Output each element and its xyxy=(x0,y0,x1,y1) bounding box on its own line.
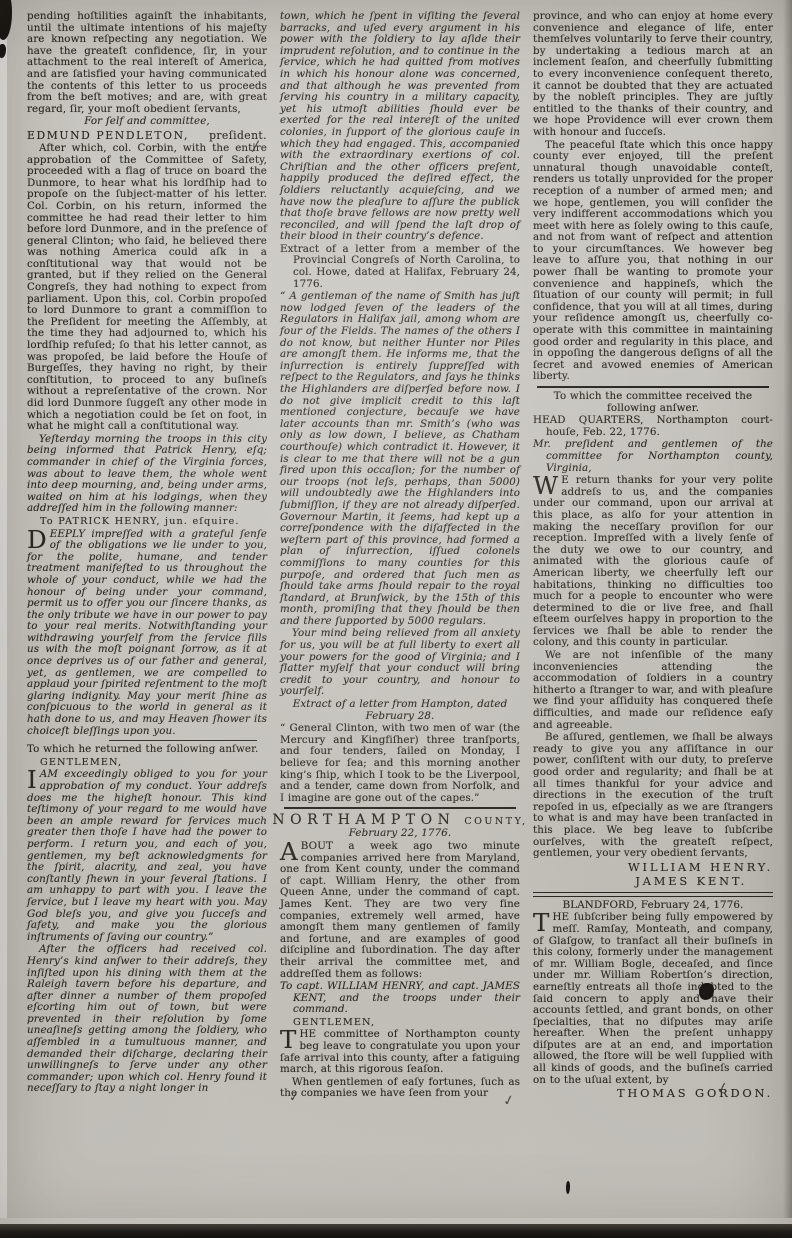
italic-paragraph: After the officers had received col. Hen… xyxy=(27,944,267,1095)
section-rule xyxy=(284,807,517,809)
drop-cap: T xyxy=(533,912,552,933)
paragraph-text: BOUT a week ago two minute companies arr… xyxy=(280,840,520,980)
drop-cap-paragraph: DEEPLY impreſſed with a grateful ſenſe o… xyxy=(27,529,267,738)
scan-bottom-edge xyxy=(0,1224,792,1238)
ink-blot xyxy=(0,0,12,40)
italic-paragraph: “ A gentleman of the name of Smith has j… xyxy=(280,291,520,627)
signature: JAMES KENT. xyxy=(533,875,773,888)
paragraph-text: HE ſubſcriber being fully empowered by m… xyxy=(533,911,773,1085)
paragraph: province, and who can enjoy at home ever… xyxy=(533,11,773,139)
paragraph-text: AM exceedingly obliged to you for your a… xyxy=(27,768,267,942)
drop-cap-paragraph: THE ſubſcriber being fully empowered by … xyxy=(533,912,773,1086)
county-heading-suffix: COUNTY, xyxy=(464,816,527,827)
section-rule xyxy=(533,892,773,897)
salutation: To PATRICK HENRY, jun. eſquire. xyxy=(27,516,267,528)
italic-paragraph: town, which he ſpent in viſiting the ſev… xyxy=(280,11,520,243)
county-heading: NORTHAMPTONCOUNTY, xyxy=(280,812,520,828)
signature: THOMAS GORDON. xyxy=(533,1087,773,1100)
drop-cap: W xyxy=(533,475,561,496)
signature: WILLIAM HENRY. xyxy=(533,861,773,874)
paragraph: HEAD QUARTERS, Northampton court-houſe, … xyxy=(533,415,773,438)
italic-paragraph: Mr. preſident and gentlemen of the commi… xyxy=(533,439,773,474)
drop-cap-paragraph: IAM exceedingly obliged to you for your … xyxy=(27,769,267,943)
italic-paragraph: To capt. WILLIAM HENRY, and capt. JAMES … xyxy=(280,981,520,1016)
paragraph: After which, col. Corbin, with the entir… xyxy=(27,143,267,433)
paragraph-text: HE committee of Northampton county beg l… xyxy=(280,1028,520,1075)
paragraph: When gentlemen of eaſy fortunes, ſuch as… xyxy=(280,1077,520,1100)
salutation: GENTLEMEN, xyxy=(27,757,267,769)
column-1: pending hoſtilities againſt the inhabita… xyxy=(27,11,267,1101)
drop-cap: T xyxy=(280,1029,299,1050)
drop-cap-paragraph: THE committee of Northampton county beg … xyxy=(280,1029,520,1075)
paragraph: To which he returned the following anſwe… xyxy=(27,744,267,756)
dateline: For ſelf and committee, xyxy=(27,116,267,128)
section-rule xyxy=(537,386,770,388)
column-2: town, which he ſpent in viſiting the ſev… xyxy=(280,11,520,1101)
paragraph-text: E return thanks for your very polite add… xyxy=(533,474,773,648)
paragraph: Extract of a letter from a member of the… xyxy=(280,244,520,290)
paragraph: We are not inſenſible of the many inconv… xyxy=(533,650,773,731)
drop-cap-paragraph: WE return thanks for your very polite ad… xyxy=(533,475,773,649)
paragraph: The peaceful ſtate which this once happy… xyxy=(533,140,773,383)
paragraph: pending hoſtilities againſt the inhabita… xyxy=(27,11,267,115)
drop-cap: D xyxy=(27,529,50,550)
page-edge-right xyxy=(783,0,792,1238)
italic-paragraph: Your mind being relieved from all anxiet… xyxy=(280,628,520,698)
paragraph: “ General Clinton, with two men of war (… xyxy=(280,723,520,804)
ink-blot xyxy=(566,1181,570,1194)
column-3: province, and who can enjoy at home ever… xyxy=(533,11,773,1101)
italic-paragraph: Yeſterday morning the troops in this cit… xyxy=(27,434,267,515)
text-columns: pending hoſtilities againſt the inhabita… xyxy=(27,11,773,1101)
paragraph: To which the committee received the foll… xyxy=(533,391,773,414)
signature-line: EDMUND PENDLETON,preſident. xyxy=(27,129,267,142)
section-rule xyxy=(109,740,258,741)
signature-name: EDMUND PENDLETON, xyxy=(27,129,189,142)
pen-mark: ✓ xyxy=(288,1089,301,1105)
dateline: February 22, 1776. xyxy=(280,828,520,840)
paragraph-text: EEPLY impreſſed with a grateful ſenſe of… xyxy=(27,528,267,737)
drop-cap: A xyxy=(280,841,301,862)
newspaper-page: pending hoſtilities againſt the inhabita… xyxy=(0,0,792,1238)
salutation: GENTLEMEN, xyxy=(280,1017,520,1029)
drop-cap-paragraph: ABOUT a week ago two minute companies ar… xyxy=(280,841,520,980)
paragraph: Be aſſured, gentlemen, we ſhall be alway… xyxy=(533,732,773,860)
italic-paragraph: Extract of a letter from Hampton, dated … xyxy=(280,699,520,722)
page-edge-left xyxy=(0,0,7,1238)
county-heading-name: NORTHAMPTON xyxy=(272,812,455,828)
paragraph: BLANDFORD, February 24, 1776. xyxy=(533,900,773,912)
drop-cap: I xyxy=(27,769,40,790)
